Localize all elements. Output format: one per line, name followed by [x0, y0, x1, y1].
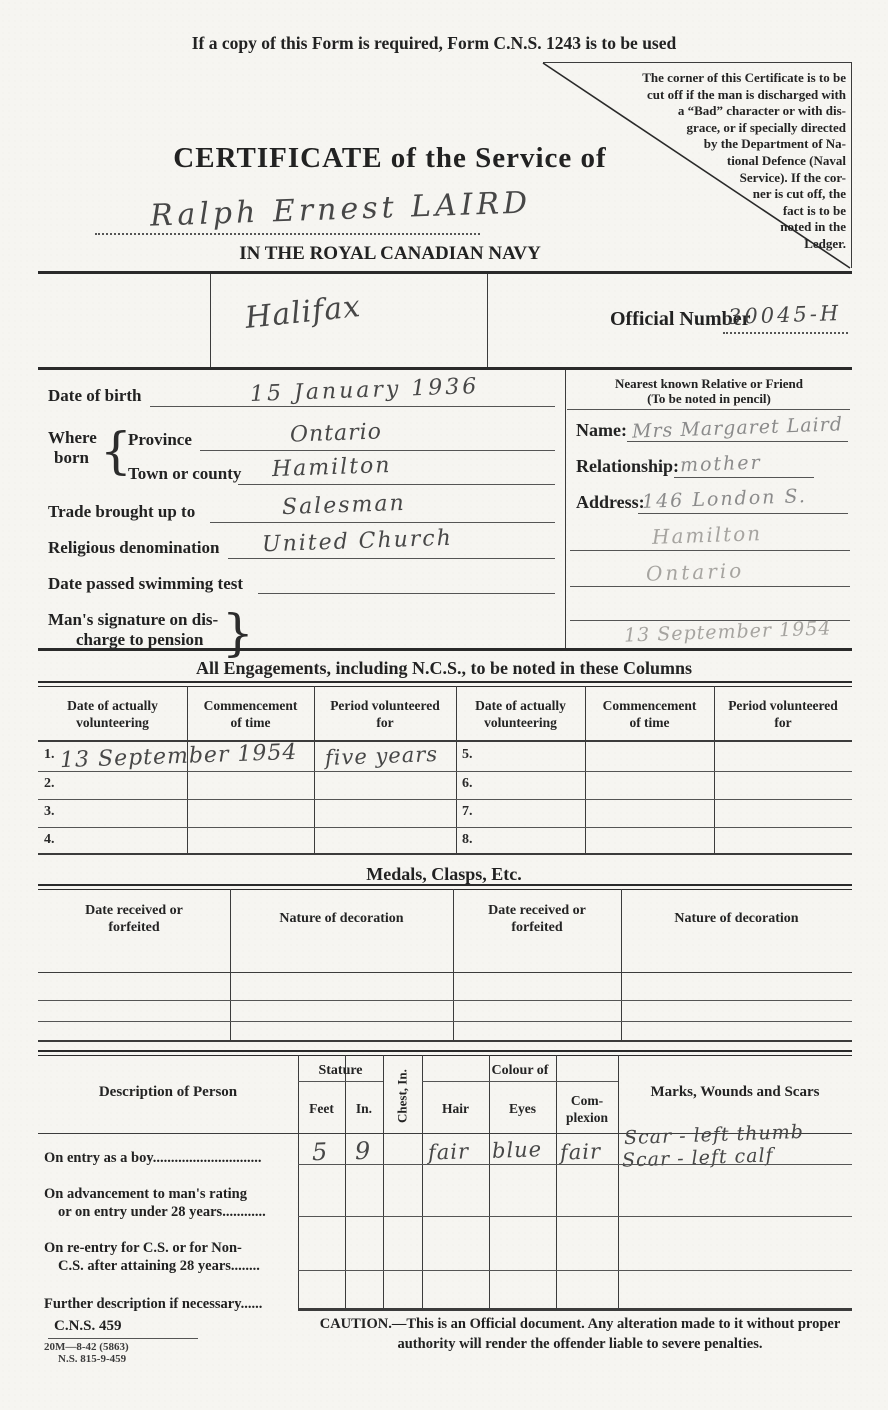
engagements-top-rule	[38, 681, 852, 687]
description-person-header: Description of Person	[48, 1084, 288, 1101]
name-dotted-line	[95, 233, 480, 235]
trade-value: Salesman	[282, 491, 406, 520]
province-label: Province	[128, 430, 192, 450]
engagements-row-line	[38, 799, 852, 800]
corner-note-line: The corner of this Certificate is to be	[600, 70, 846, 87]
engagements-col-header: Date of actually volunteering	[38, 697, 187, 731]
medals-col-header: Date received or forfeited	[453, 902, 621, 936]
certificate-subtitle: IN THE ROYAL CANADIAN NAVY	[190, 243, 590, 265]
entry-inches-value: 9	[355, 1137, 372, 1166]
address-line	[638, 513, 848, 514]
religion-label: Religious denomination	[48, 538, 219, 558]
engagements-row-line	[38, 827, 852, 828]
serviceman-name-handwritten: Ralph Ernest LAIRD	[150, 185, 532, 233]
corner-note-line: grace, or if specially directed	[600, 120, 846, 137]
eyes-header: Eyes	[489, 1100, 556, 1117]
form-number-underline	[48, 1338, 198, 1339]
engagement-entry-date: 13 September 1954	[60, 740, 298, 773]
further-description-label: Further description if necessary......	[44, 1296, 262, 1313]
signature-label-line2: charge to pension	[76, 630, 204, 650]
where-label: Where	[48, 428, 97, 448]
engagement-row-number: 1.	[44, 747, 55, 763]
engagements-col-header: Period volunteered for	[314, 697, 456, 731]
religion-line	[228, 558, 555, 559]
date-of-birth-value: 15 January 1936	[250, 374, 480, 407]
personal-column-divider	[565, 370, 566, 650]
engagement-row-number: 5.	[462, 747, 473, 763]
corner-note-line: Ledger.	[600, 236, 846, 253]
medals-bottom-rule	[38, 1040, 852, 1042]
town-line	[238, 484, 555, 485]
relative-name-value: Mrs Margaret Laird	[632, 413, 844, 442]
engagements-header-rule	[38, 740, 852, 742]
copy-form-note: If a copy of this Form is required, Form…	[64, 33, 804, 54]
entry-as-boy-label: On entry as a boy.......................…	[44, 1150, 262, 1167]
engagements-col-header: Commencement of time	[187, 697, 314, 731]
signature-brace: }	[222, 604, 254, 662]
province-value: Ontario	[290, 419, 383, 447]
engagements-col-header: Date of actually volunteering	[456, 697, 585, 731]
engagements-col-header: Period volunteered for	[714, 697, 852, 731]
medals-vline	[621, 889, 622, 1042]
reentry-label-line1: On re-entry for C.S. or for Non-	[44, 1240, 242, 1257]
medals-col-header: Date received or forfeited	[38, 902, 230, 936]
relationship-line	[674, 477, 814, 478]
relationship-label: Relationship:	[576, 456, 679, 477]
certificate-page: If a copy of this Form is required, Form…	[0, 0, 888, 1410]
print-code-2: N.S. 815-9-459	[58, 1353, 126, 1365]
description-vline	[422, 1055, 423, 1310]
entry-marks-line2: Scar - left calf	[622, 1144, 774, 1171]
description-vline	[618, 1055, 619, 1310]
signature-label-line1: Man's signature on dis-	[48, 610, 218, 630]
engagements-col-header: Commencement of time	[585, 697, 714, 731]
entry-feet-value: 5	[312, 1138, 329, 1167]
town-value: Hamilton	[272, 453, 392, 482]
swim-test-line	[258, 593, 555, 594]
relative-name-line	[627, 441, 848, 442]
stature-header: Stature	[298, 1062, 383, 1079]
date-of-birth-label: Date of birth	[48, 386, 141, 406]
entry-eyes-value: blue	[492, 1137, 543, 1163]
inches-header: In.	[345, 1100, 383, 1117]
trade-line	[210, 522, 555, 523]
section-rule	[38, 271, 852, 274]
certificate-title: CERTIFICATE of the Service of	[140, 142, 640, 175]
swim-test-label: Date passed swimming test	[48, 574, 243, 594]
relative-date-value: 13 September 1954	[624, 617, 832, 646]
corner-note-line: fact is to be	[600, 203, 846, 220]
description-bottom-rule	[298, 1308, 852, 1311]
medals-top-rule	[38, 884, 852, 890]
stature-underline	[298, 1081, 383, 1082]
relative-header-line2: (To be noted in pencil)	[570, 391, 848, 407]
feet-header: Feet	[298, 1100, 345, 1117]
medals-header-rule	[38, 972, 852, 973]
corner-note-line: noted in the	[600, 219, 846, 236]
engagements-row-line	[38, 771, 852, 772]
address-line2-value: Hamilton	[652, 521, 763, 549]
hair-header: Hair	[422, 1100, 489, 1117]
address-line2-line	[570, 550, 850, 551]
description-top-rule	[38, 1050, 852, 1056]
medals-row-line	[38, 1021, 852, 1022]
reentry-row-line	[298, 1270, 852, 1271]
corner-note-line: a “Bad” character or with dis-	[600, 103, 846, 120]
medals-row-line	[38, 1000, 852, 1001]
address-line3-value: Ontario	[646, 558, 745, 585]
official-number-value: 30045-H	[728, 301, 842, 329]
description-vline	[489, 1055, 490, 1310]
medals-vline	[453, 889, 454, 1042]
marks-header: Marks, Wounds and Scars	[628, 1084, 842, 1101]
description-vline	[345, 1055, 346, 1310]
station-cell-right-line	[487, 274, 488, 368]
medals-vline	[230, 889, 231, 1042]
complexion-header: Com- plexion	[556, 1092, 618, 1126]
engagement-row-number: 3.	[44, 804, 55, 820]
engagement-entry-period: five years	[325, 742, 439, 770]
trade-label: Trade brought up to	[48, 502, 195, 522]
engagement-row-number: 2.	[44, 776, 55, 792]
date-of-birth-line	[150, 406, 555, 407]
entry-hair-value: fair	[428, 1139, 470, 1164]
relative-header-underline	[567, 409, 850, 410]
engagement-row-number: 6.	[462, 776, 473, 792]
religion-value: United Church	[262, 526, 454, 558]
relationship-value: mother	[680, 452, 762, 477]
engagement-row-number: 4.	[44, 832, 55, 848]
medals-col-header: Nature of decoration	[230, 910, 453, 927]
province-line	[200, 450, 555, 451]
entry-complexion-value: fair	[560, 1139, 602, 1164]
born-label: born	[54, 448, 89, 468]
colour-of-underline	[422, 1081, 618, 1082]
relative-name-label: Name:	[576, 420, 627, 441]
station-handwritten: Halifax	[243, 289, 362, 336]
station-cell-left-line	[210, 274, 211, 368]
engagements-bottom-rule	[38, 853, 852, 855]
section-rule	[38, 367, 852, 370]
medals-col-header: Nature of decoration	[621, 910, 852, 927]
engagement-row-number: 8.	[462, 832, 473, 848]
corner-note-line: ner is cut off, the	[600, 186, 846, 203]
entry-row-line	[298, 1164, 852, 1165]
section-rule	[38, 648, 852, 651]
caution-line1: CAUTION.—This is an Official document. A…	[285, 1316, 875, 1333]
advancement-label-line1: On advancement to man's rating	[44, 1186, 247, 1203]
official-number-dotted-line	[723, 332, 848, 334]
medals-title: Medals, Clasps, Etc.	[244, 864, 644, 885]
town-label: Town or county	[128, 464, 241, 484]
reentry-label-line2: C.S. after attaining 28 years........	[58, 1258, 260, 1275]
chest-header: Chest, In.	[383, 1058, 422, 1134]
entry-marks-line1: Scar - left thumb	[624, 1121, 805, 1149]
caution-line2: authority will render the offender liabl…	[285, 1336, 875, 1353]
address-value: 146 London S.	[642, 485, 808, 513]
engagement-row-number: 7.	[462, 804, 473, 820]
colour-of-header: Colour of	[422, 1062, 618, 1079]
form-number: C.N.S. 459	[54, 1318, 122, 1335]
corner-note-line: cut off if the man is discharged with	[600, 87, 846, 104]
address-line3-line	[570, 586, 850, 587]
description-vline	[298, 1055, 299, 1310]
advancement-row-line	[298, 1216, 852, 1217]
advancement-label-line2: or on entry under 28 years............	[58, 1204, 266, 1221]
address-label: Address:	[576, 492, 645, 513]
engagements-title: All Engagements, including N.C.S., to be…	[94, 658, 794, 679]
relative-header-line1: Nearest known Relative or Friend	[570, 376, 848, 392]
print-code-1: 20M—8-42 (5863)	[44, 1341, 129, 1353]
